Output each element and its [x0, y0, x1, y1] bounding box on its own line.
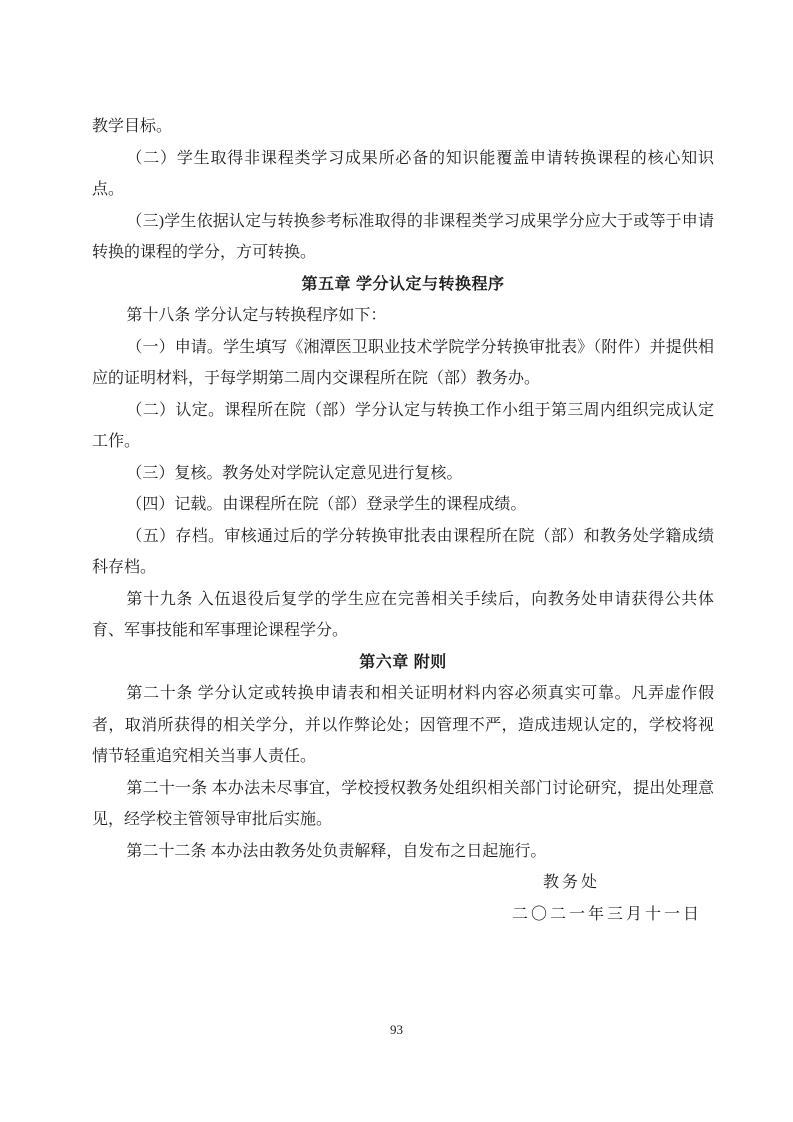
paragraph-step-5-archive: （五）存档。审核通过后的学分转换审批表由课程所在院（部）和教务处学籍成绩科存档。 [92, 521, 714, 584]
paragraph-article-21: 第二十一条 本办法未尽事宜，学校授权教务处组织相关部门讨论研究，提出处理意见，经… [92, 773, 714, 836]
paragraph-continuation-teaching-goal: 教学目标。 [92, 111, 714, 143]
paragraph-step-1-apply: （一）申请。学生填写《湘潭医卫职业技术学院学分转换审批表》（附件）并提供相应的证… [92, 332, 714, 395]
paragraph-step-4-record: （四）记载。由课程所在院（部）登录学生的课程成绩。 [92, 489, 714, 521]
paragraph-step-2-recognize: （二）认定。课程所在院（部）学分认定与转换工作小组于第三周内组织完成认定工作。 [92, 395, 714, 458]
paragraph-item-3: （三)学生依据认定与转换参考标准取得的非课程类学习成果学分应大于或等于申请转换的… [92, 206, 714, 269]
signature-department: 教务处 [92, 867, 714, 899]
chapter-5-heading: 第五章 学分认定与转换程序 [92, 269, 714, 301]
document-body: 教学目标。（二）学生取得非课程类学习成果所必备的知识能覆盖申请转换课程的核心知识… [92, 111, 714, 930]
paragraph-step-3-review: （三）复核。教务处对学院认定意见进行复核。 [92, 458, 714, 490]
chapter-6-heading: 第六章 附则 [92, 647, 714, 679]
paragraph-article-20: 第二十条 学分认定或转换申请表和相关证明材料内容必须真实可靠。凡弄虚作假者，取消… [92, 678, 714, 773]
page-number: 93 [0, 1022, 793, 1038]
paragraph-article-19: 第十九条 入伍退役后复学的学生应在完善相关手续后，向教务处申请获得公共体育、军事… [92, 584, 714, 647]
document-page: 教学目标。（二）学生取得非课程类学习成果所必备的知识能覆盖申请转换课程的核心知识… [0, 0, 793, 1122]
paragraph-article-18: 第十八条 学分认定与转换程序如下： [92, 300, 714, 332]
paragraph-article-22: 第二十二条 本办法由教务处负责解释，自发布之日起施行。 [92, 836, 714, 868]
signature-date: 二〇二一年三月十一日 [92, 899, 714, 931]
paragraph-item-2: （二）学生取得非课程类学习成果所必备的知识能覆盖申请转换课程的核心知识点。 [92, 143, 714, 206]
